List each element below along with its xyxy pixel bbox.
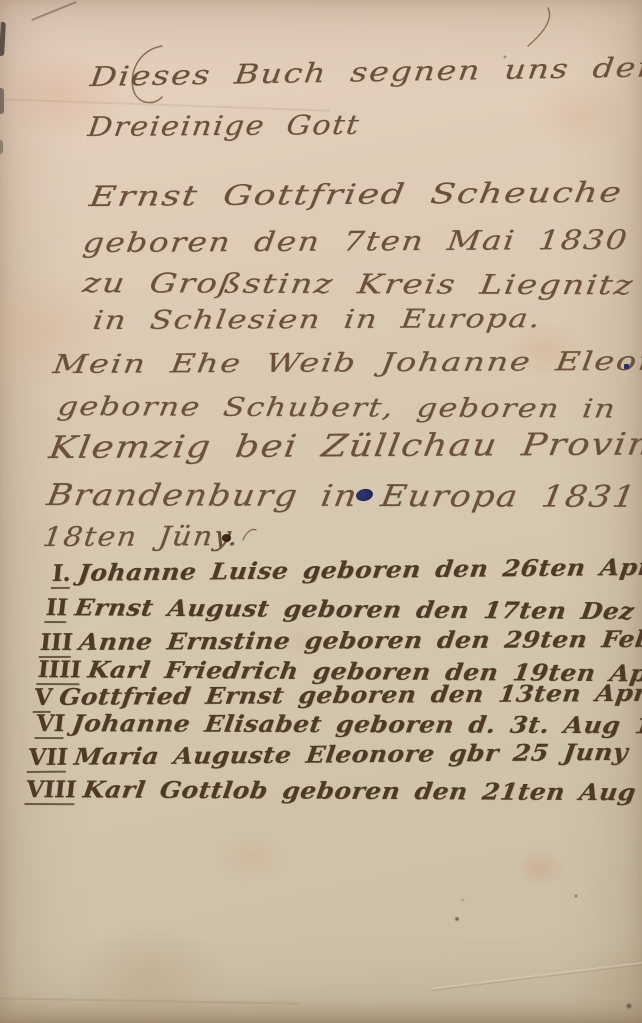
child-numeral: VI — [34, 710, 66, 739]
child-entry: VIIMaria Auguste Eleonore gbr 25 Juny 18… — [28, 738, 642, 773]
child-numeral: VII — [27, 744, 69, 773]
dedication-line-2: Dreieinige Gott — [86, 110, 362, 143]
child-text: Gottfried Ernst geboren den 13ten Apr 18… — [57, 679, 642, 711]
page-bottom-shade — [0, 997, 642, 1023]
child-numeral: III — [39, 629, 74, 658]
child-entry: VIJohanne Elisabet geboren d. 3t. Aug 18… — [36, 710, 642, 741]
page-edge-mark — [0, 22, 6, 56]
child-text: Ernst August geboren den 17ten Dez 1853. — [73, 594, 642, 626]
child-entry: IIIAnne Ernstine geboren den 29ten Febr … — [40, 625, 642, 658]
mother-maidenname-line: geborne Schubert, geboren in — [56, 392, 619, 424]
child-text: Johanne Luise geboren den 26ten Apr 1851… — [76, 553, 642, 587]
ink-flourish-icon — [524, 4, 560, 48]
child-numeral: V — [33, 684, 54, 713]
child-numeral: IIII — [36, 656, 82, 685]
page-edge-mark — [0, 140, 3, 154]
father-region-line: in Schlesien in Europa. — [91, 304, 543, 336]
father-birthplace-line: zu Großstinz Kreis Liegnitz — [80, 268, 636, 301]
child-numeral: I. — [51, 560, 73, 589]
page-edge-mark — [0, 88, 4, 114]
paper-crease — [431, 962, 642, 991]
mother-birthplace-line: Klemzig bei Züllchau Provinz — [47, 426, 642, 466]
child-entry: VGottfried Ernst geboren den 13ten Apr 1… — [34, 679, 642, 713]
ink-flourish-icon — [240, 524, 258, 544]
child-numeral: II — [44, 594, 69, 623]
manuscript-page: Dieses Buch segnen uns der Dreieinige Go… — [0, 0, 642, 1023]
child-text: Johanne Elisabet geboren d. 3t. Aug 1862… — [70, 710, 642, 739]
mother-region-line: Brandenburg in Europa 1831 den — [44, 478, 642, 515]
child-entry: VIIIKarl Gottlob geboren den 21ten Aug 1… — [26, 776, 642, 808]
child-text: Karl Gottlob geboren den 21ten Aug 1867. — [81, 776, 642, 806]
child-text: Anne Ernstine geboren den 29ten Febr 185… — [78, 625, 642, 656]
mother-birthdate-line: 18ten Jüny. — [41, 521, 242, 553]
mother-name-line: Mein Ehe Weib Johanne Eleonore — [51, 346, 642, 380]
child-text: Maria Auguste Eleonore gbr 25 Juny 1865. — [73, 738, 642, 771]
father-name-line: Ernst Gottfried Scheuche — [87, 176, 625, 213]
ink-speck — [624, 364, 629, 369]
child-entry: IIErnst August geboren den 17ten Dez 185… — [46, 594, 642, 627]
dedication-line-1: Dieses Buch segnen uns der — [88, 52, 642, 93]
father-birthdate-line: geboren den 7ten Mai 1830 — [81, 225, 630, 259]
ink-dot — [222, 534, 231, 542]
pencil-stroke — [31, 1, 76, 21]
child-numeral: VIII — [24, 776, 77, 805]
child-entry: I.Johanne Luise geboren den 26ten Apr 18… — [52, 553, 642, 589]
